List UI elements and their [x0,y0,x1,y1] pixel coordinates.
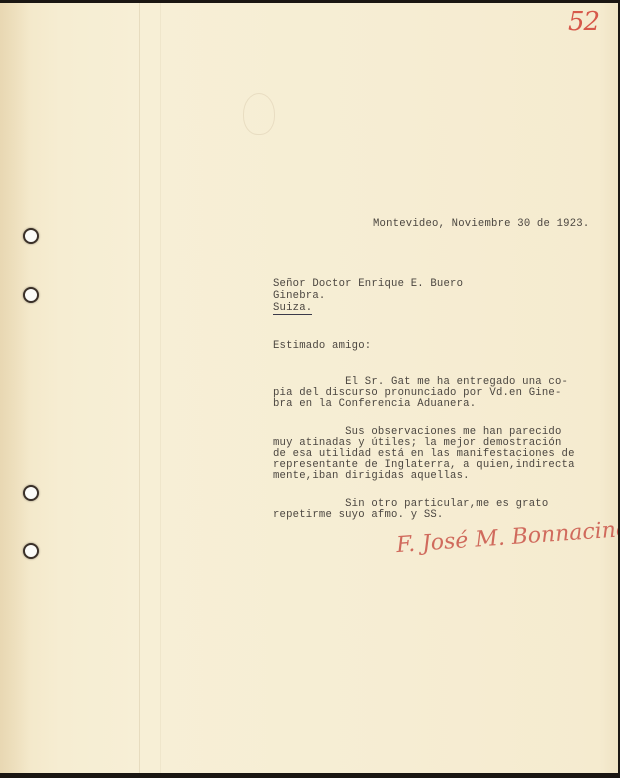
recipient-name: Señor Doctor Enrique E. Buero [273,279,463,291]
paper-edge-shade [0,3,30,773]
folio-number: 52 [568,7,599,37]
punch-hole-2 [23,287,39,303]
punch-hole-4 [23,543,39,559]
salutation: Estimado amigo: [273,341,371,353]
paragraph-1-line-3: bra en la Conferencia Aduanera. [273,399,476,411]
fold-line [139,3,140,773]
letter-page: 52 Montevideo, Noviembre 30 de 1923. Señ… [0,3,618,773]
punch-hole-1 [23,228,39,244]
paragraph-3-line-2: repetirme suyo afmo. y SS. [273,510,444,522]
scan-border [0,773,620,778]
recipient-country-text: Suiza. [273,302,312,315]
paragraph-2-line-5: mente,iban dirigidas aquellas. [273,471,470,483]
punch-hole-3 [23,485,39,501]
recipient-city: Ginebra. [273,291,325,303]
paper-watermark [243,93,275,135]
fold-line-secondary [160,3,161,773]
recipient-country: Suiza. [273,303,312,315]
date-line: Montevideo, Noviembre 30 de 1923. [373,219,589,231]
handwritten-signature: F. José M. Bonnacino [395,517,618,558]
